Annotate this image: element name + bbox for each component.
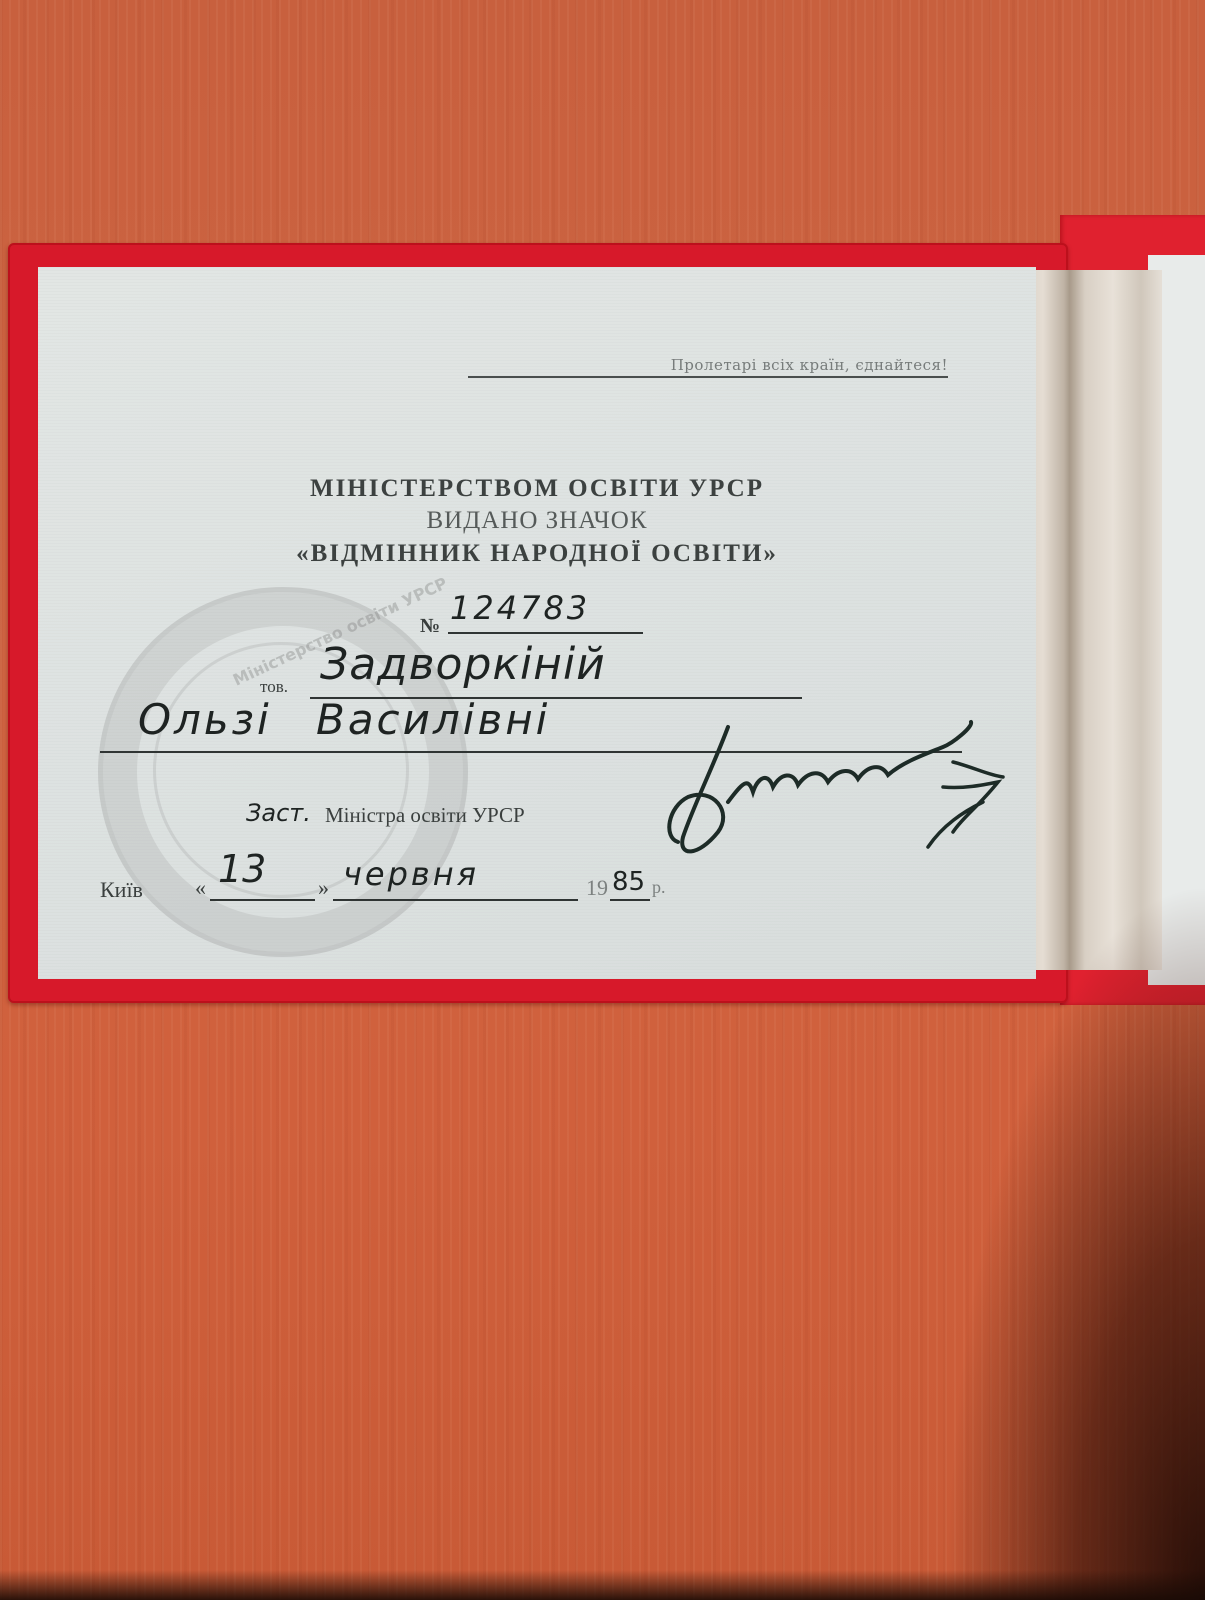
- motto-line: Пролетарі всіх країн, єднайтеся!: [468, 355, 948, 378]
- motto-text: Пролетарі всіх країн, єднайтеся!: [671, 356, 948, 374]
- issuer-heading: МІНІСТЕРСТВОМ ОСВІТИ УРСР: [38, 475, 1036, 503]
- date-open-quote: «: [195, 875, 206, 901]
- number-label: №: [420, 615, 440, 638]
- signatory-title: Міністра освіти УРСР: [325, 803, 525, 828]
- year-underline: [610, 899, 650, 901]
- month-underline: [333, 899, 578, 901]
- date-close-quote: »: [318, 875, 329, 901]
- certificate-card: Міністерство освіти УРСР Пролетарі всіх …: [38, 267, 1036, 979]
- issued-heading: ВИДАНО ЗНАЧОК: [38, 507, 1036, 535]
- date-year-suffix: 85: [612, 867, 645, 897]
- certificate-booklet: Міністерство освіти УРСР Пролетарі всіх …: [0, 215, 1205, 1010]
- recipient-surname: Задворкіній: [320, 639, 606, 690]
- shadow-bottom-overlay: [0, 1570, 1205, 1600]
- signatory-prefix: Заст.: [246, 799, 311, 827]
- recipient-label: тов.: [260, 677, 288, 697]
- certificate-number: 124783: [450, 589, 590, 627]
- badge-title: «ВІДМІННИК НАРОДНОЇ ОСВІТИ»: [38, 540, 1036, 568]
- day-underline: [210, 899, 315, 901]
- signature-icon: [653, 707, 1053, 887]
- place-label: Київ: [100, 877, 143, 903]
- date-year-prefix: 19: [586, 875, 608, 901]
- number-underline: [448, 632, 643, 634]
- date-day: 13: [218, 847, 266, 891]
- date-month: червня: [343, 855, 479, 893]
- recipient-name: Ользі Василівні: [138, 695, 550, 744]
